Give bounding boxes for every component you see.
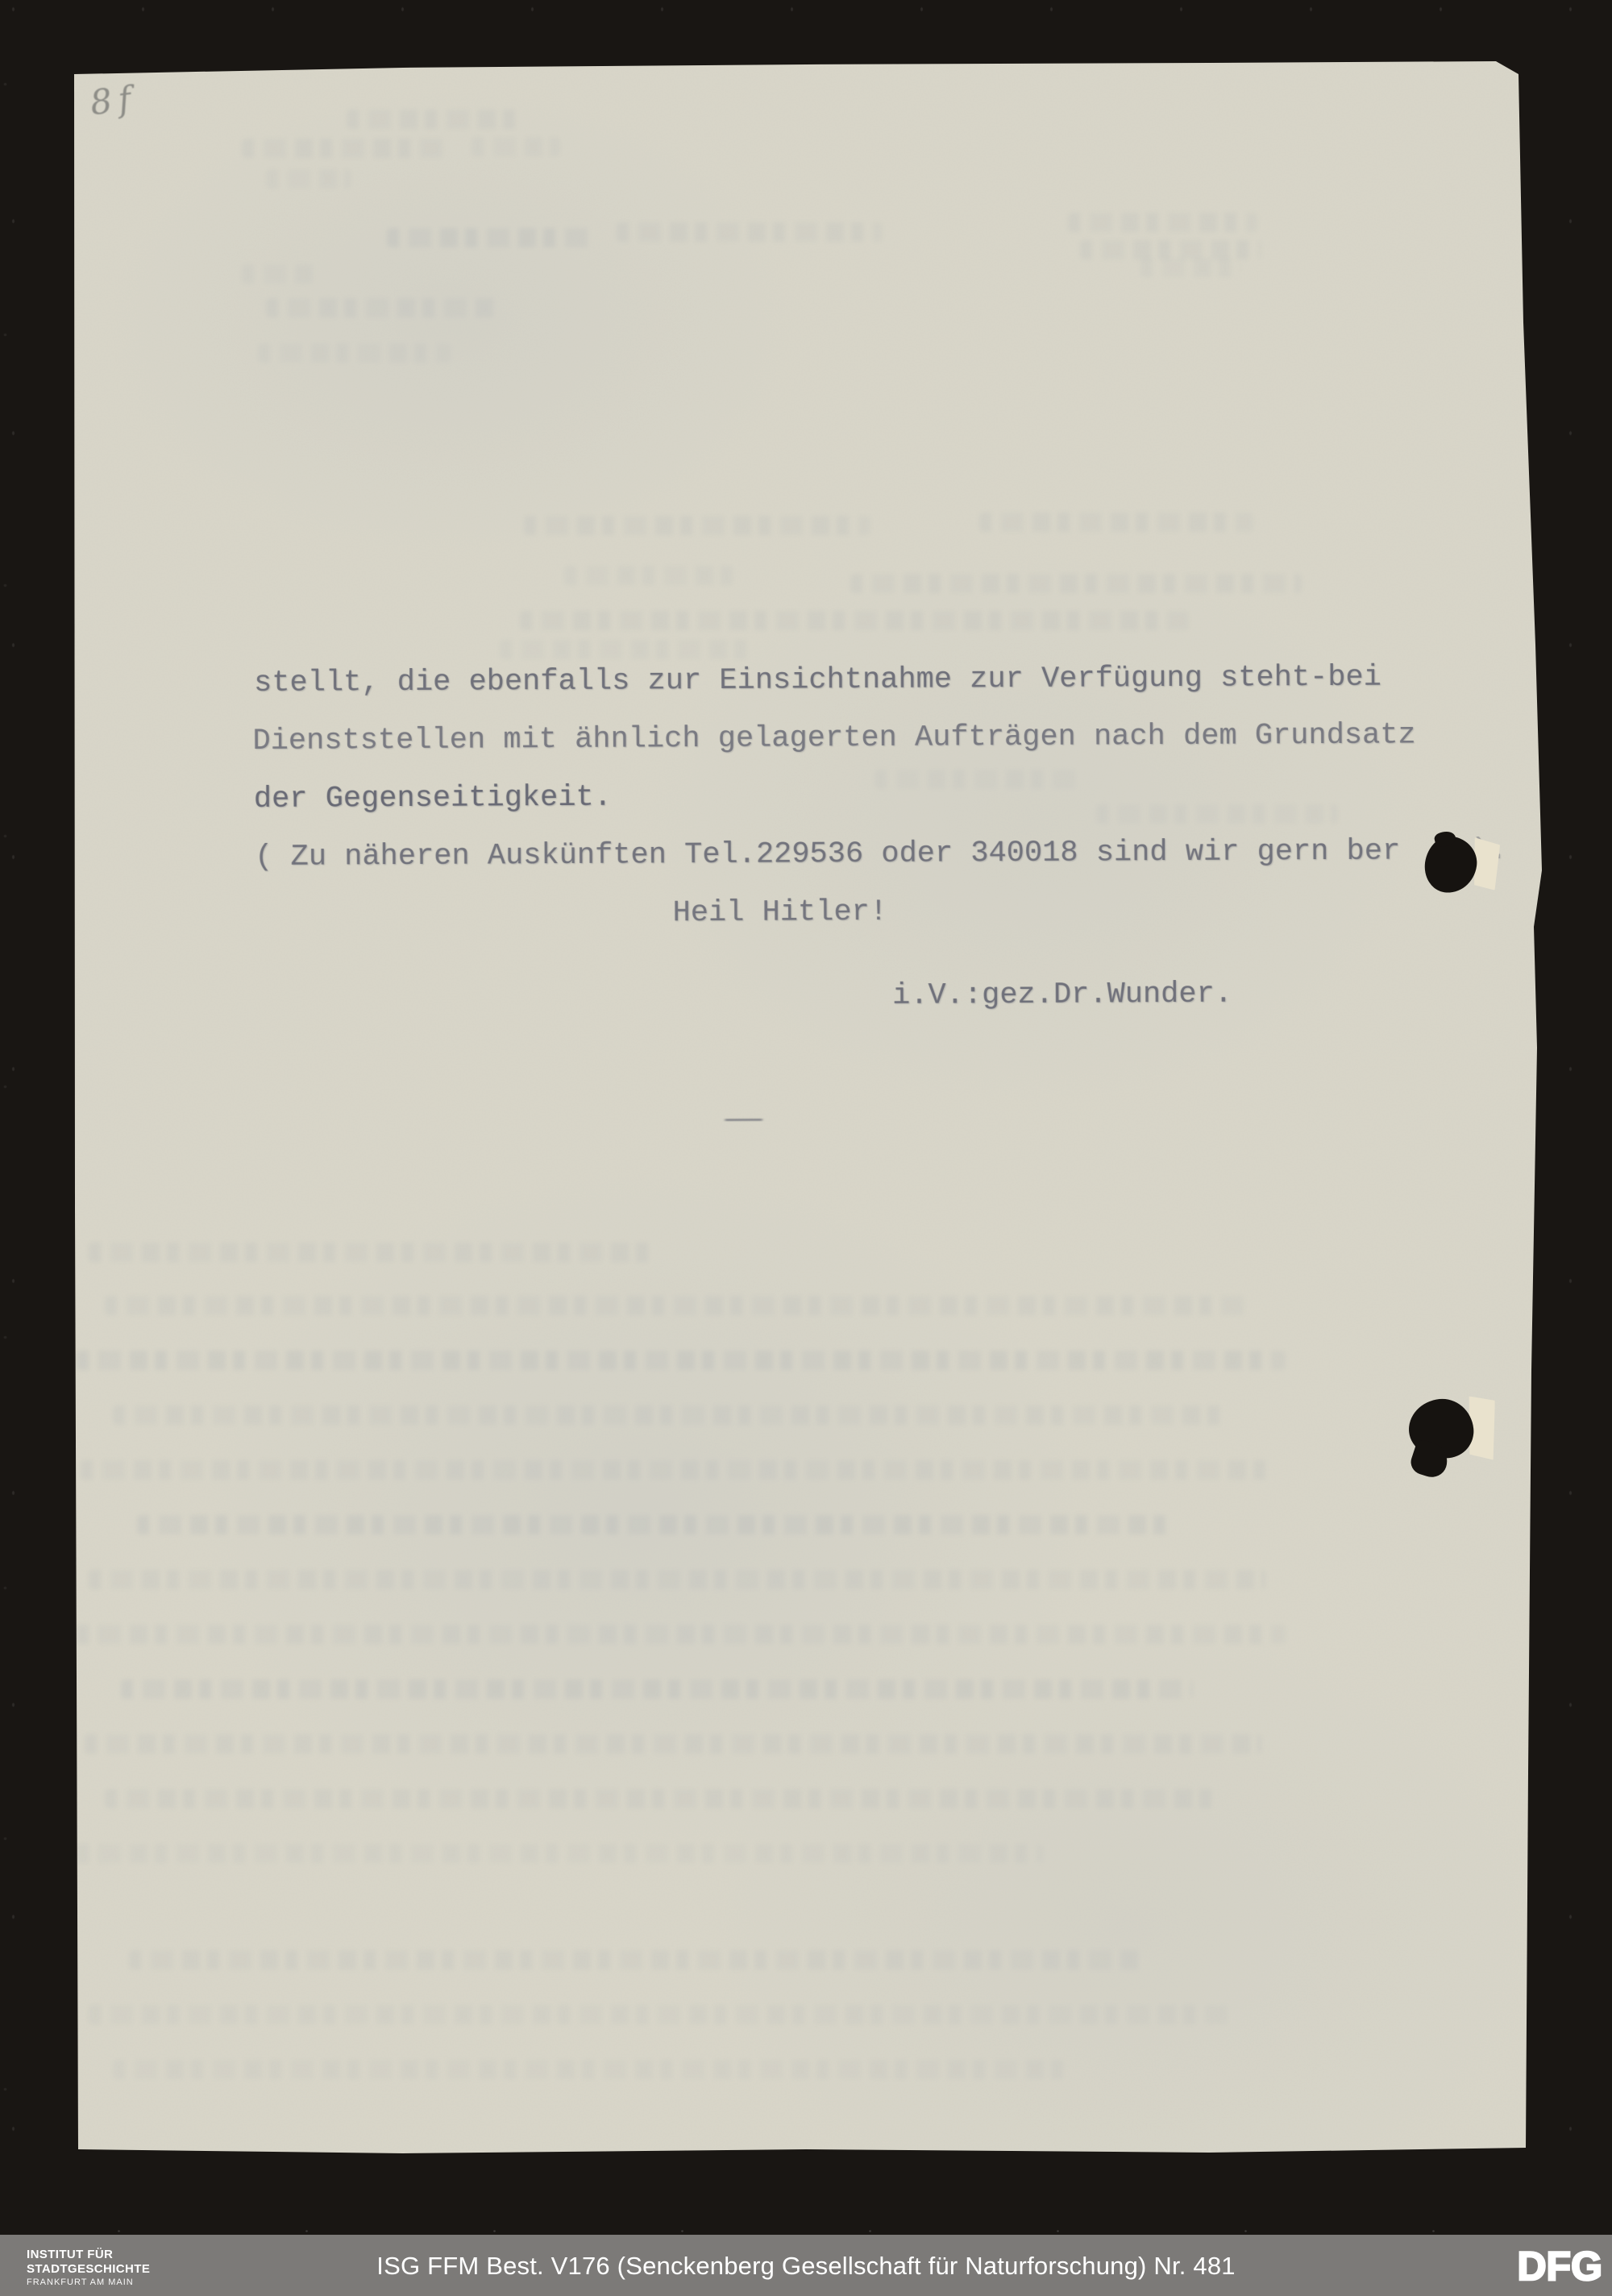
typed-line-6-signature: i.V.:gez.Dr.Wunder. (892, 980, 1232, 1011)
scan-viewer-background: 8f stellt, die ebenfalls zur Einsichtnah… (0, 0, 1612, 2296)
dfg-logo: DFG (1517, 2243, 1602, 2290)
archive-footer-bar: INSTITUT FÜR STADTGESCHICHTE FRANKFURT A… (0, 2235, 1612, 2296)
typed-line-4-telephone: ( Zu näheren Auskünften Tel.229536 oder … (255, 837, 1507, 873)
typed-line-2: Dienststellen mit ähnlich gelagerten Auf… (252, 720, 1415, 757)
typed-line-4-prefix: ( Zu näheren Auskünften Tel.229536 oder … (255, 835, 1400, 874)
typed-text-block: stellt, die ebenfalls zur Einsichtnahme … (0, 0, 1612, 2296)
document-page: 8f stellt, die ebenfalls zur Einsichtnah… (0, 0, 1612, 2296)
typed-line-1: stellt, die ebenfalls zur Einsichtnahme … (254, 663, 1381, 699)
typed-separator-dash: — (725, 1103, 762, 1137)
archival-reference-caption: ISG FFM Best. V176 (Senckenberg Gesellsc… (0, 2252, 1612, 2281)
typed-line-3: der Gegenseitigkeit. (254, 783, 612, 815)
typed-line-5-salute: Heil Hitler! (673, 898, 888, 928)
